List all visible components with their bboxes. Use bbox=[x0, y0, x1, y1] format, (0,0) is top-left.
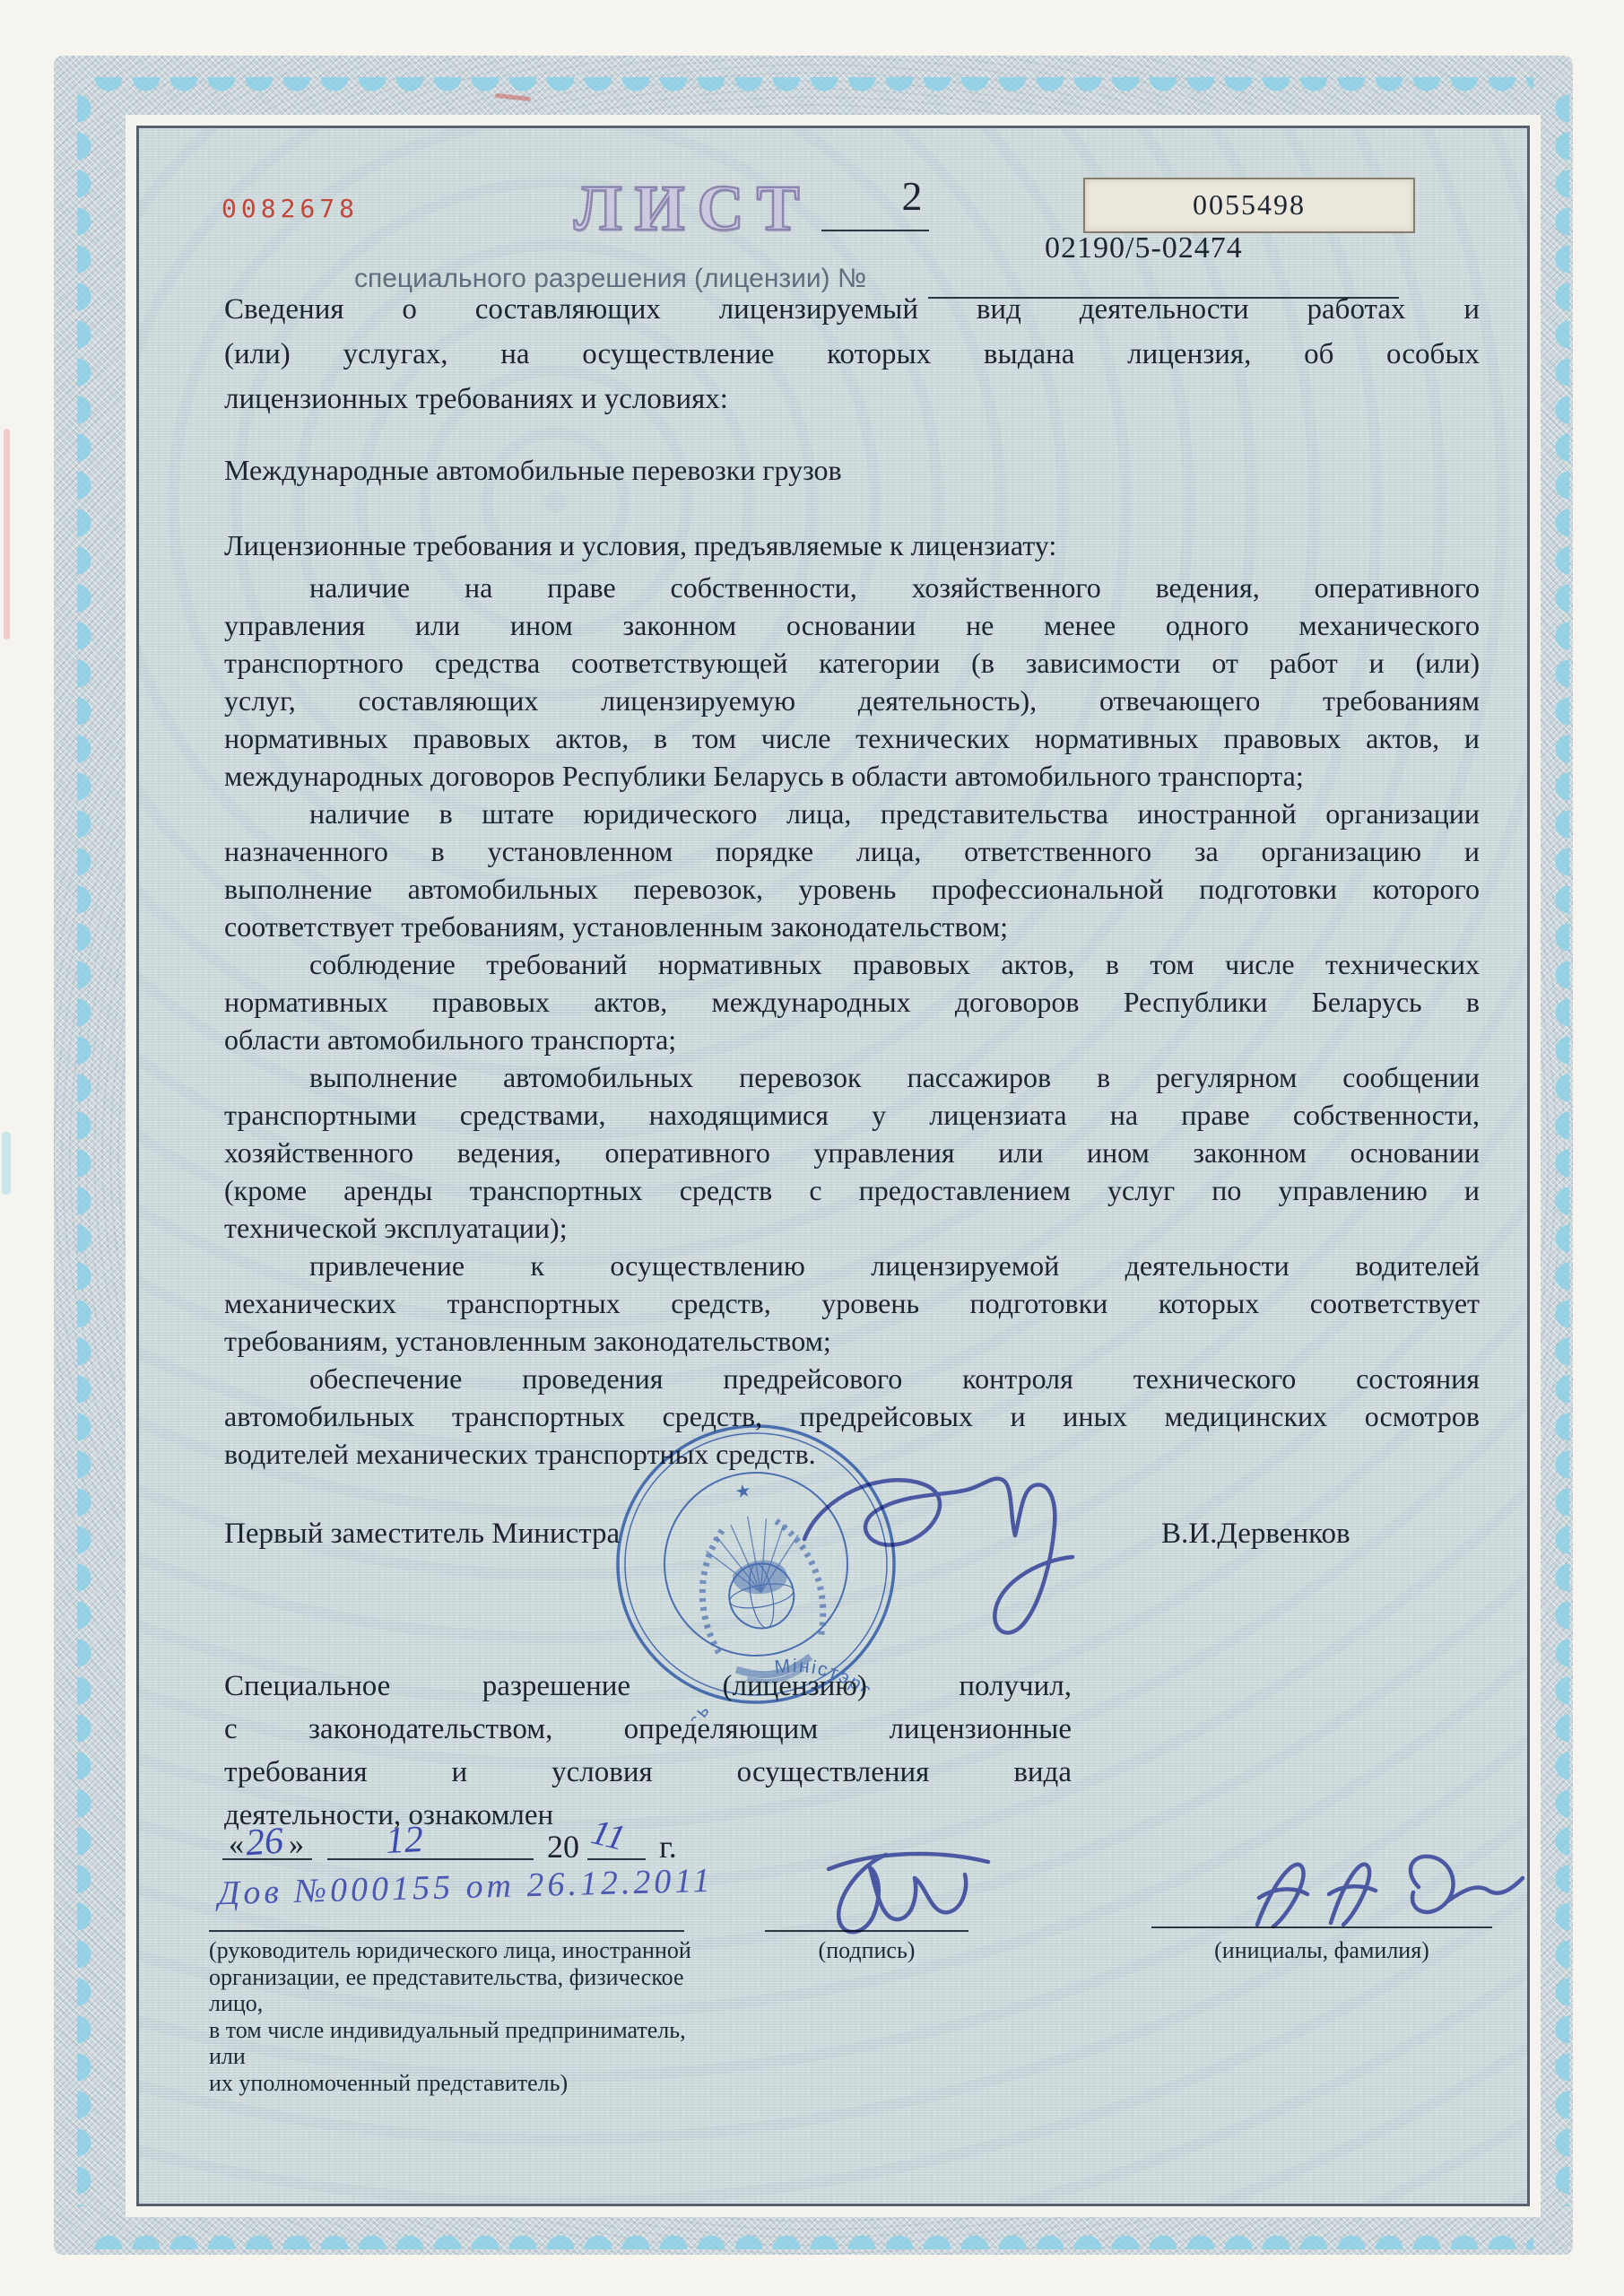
date-quote-open: « bbox=[229, 1828, 244, 1862]
scanned-license-page: { "colors": { "accent_red": "#c2463a", "… bbox=[0, 0, 1624, 2296]
intro-line: Сведения о составляющих лицензируемый ви… bbox=[224, 287, 1480, 332]
blank-number: 0055498 bbox=[1085, 179, 1413, 230]
footnote-line: организации, ее представительства, физич… bbox=[209, 1964, 711, 2017]
sheet-title: ЛИСТ bbox=[574, 176, 812, 240]
received-line: требования и условия осуществления вида bbox=[224, 1751, 1072, 1794]
received-line: Специальное разрешение (лицензию) получи… bbox=[224, 1665, 1072, 1708]
date-quote-close: » bbox=[289, 1828, 304, 1862]
scallop-border-bottom bbox=[90, 2212, 1533, 2249]
received-line: с законодательством, определяющим лиценз… bbox=[224, 1708, 1072, 1751]
scallop-border-top bbox=[90, 77, 1533, 115]
body-line: назначенного в установленном порядке лиц… bbox=[224, 832, 1480, 870]
body-line: механических транспортных средств, урове… bbox=[224, 1284, 1480, 1322]
signer-name: В.И.Дервенков bbox=[1161, 1518, 1350, 1551]
footnote-initials-label: (инициалы, фамилия) bbox=[1151, 1937, 1492, 1964]
date-century: 20 bbox=[547, 1828, 579, 1865]
date-day-underline bbox=[222, 1858, 312, 1860]
body-line: соблюдение требований нормативных правов… bbox=[224, 945, 1480, 983]
date-suffix: г. bbox=[659, 1828, 677, 1865]
license-number: 02190/5-02474 bbox=[1045, 231, 1243, 265]
scallop-border-right bbox=[1535, 90, 1569, 2206]
body-line: международных договоров Республики Белар… bbox=[224, 757, 1480, 795]
received-line: деятельности, ознакомлен bbox=[224, 1794, 1072, 1837]
body-line: (кроме аренды транспортных средств с пре… bbox=[224, 1171, 1480, 1209]
received-paragraph: Специальное разрешение (лицензию) получи… bbox=[224, 1665, 1072, 1837]
footnote-line: (руководитель юридического лица, иностра… bbox=[209, 1937, 711, 1964]
requirement-paragraph-3: соблюдение требований нормативных правов… bbox=[224, 945, 1480, 1058]
body-line: нормативных правовых актов, в том числе … bbox=[224, 719, 1480, 757]
requirements-heading: Лицензионные требования и условия, предъ… bbox=[224, 529, 1056, 562]
body-line: обеспечение проведения предрейсового кон… bbox=[224, 1360, 1480, 1397]
body-line: выполнение автомобильных перевозок пасса… bbox=[224, 1058, 1480, 1096]
footnote-left: (руководитель юридического лица, иностра… bbox=[209, 1937, 711, 2096]
body-line: соответствует требованиям, установленным… bbox=[224, 908, 1480, 945]
scallop-border-left bbox=[77, 90, 115, 2206]
right-signature-rule bbox=[1151, 1926, 1492, 1928]
body-line: наличие на праве собственности, хозяйств… bbox=[224, 569, 1480, 606]
body-line: транспортными средствами, находящимися у… bbox=[224, 1096, 1480, 1134]
body-line: управления или ином законном основании н… bbox=[224, 606, 1480, 644]
footnote-line: их уполномоченный представитель) bbox=[209, 2070, 711, 2097]
blank-number-box: 0055498 bbox=[1083, 178, 1415, 233]
body-line: нормативных правовых актов, международны… bbox=[224, 983, 1480, 1021]
body-line: транспортного средства соответствующей к… bbox=[224, 644, 1480, 682]
svg-text:★: ★ bbox=[734, 1479, 753, 1503]
date-year-underline bbox=[587, 1858, 646, 1860]
footnote-signature-label: (подпись) bbox=[765, 1937, 968, 1964]
body-line: области автомобильного транспорта; bbox=[224, 1021, 1480, 1058]
body-line: технической эксплуатации); bbox=[224, 1209, 1480, 1247]
requirement-paragraph-1: наличие на праве собственности, хозяйств… bbox=[224, 569, 1480, 795]
body-line: выполнение автомобильных перевозок, уров… bbox=[224, 870, 1480, 908]
red-serial-number: 0082678 bbox=[221, 194, 359, 223]
left-signature-rule bbox=[209, 1930, 684, 1932]
licensed-activity: Международные автомобильные перевозки гр… bbox=[224, 454, 842, 487]
sheet-number: 2 bbox=[863, 172, 961, 220]
date-month-handwritten: 12 bbox=[385, 1818, 424, 1863]
body-line: хозяйственного ведения, оперативного упр… bbox=[224, 1134, 1480, 1171]
intro-line: лицензионных требованиях и условиях: bbox=[224, 377, 1480, 422]
body-line: требованиям, установленным законодательс… bbox=[224, 1322, 1480, 1360]
middle-signature-rule bbox=[765, 1930, 968, 1932]
scan-artifact-pink-streak bbox=[4, 429, 10, 639]
body-line: услуг, составляющих лицензируемую деятел… bbox=[224, 682, 1480, 719]
sheet-number-underline bbox=[821, 230, 929, 231]
requirement-paragraph-2: наличие в штате юридического лица, предс… bbox=[224, 795, 1480, 945]
scan-artifact-cyan-mark bbox=[2, 1132, 11, 1195]
intro-paragraph: Сведения о составляющих лицензируемый ви… bbox=[224, 287, 1480, 422]
requirement-paragraph-5: привлечение к осуществлению лицензируемо… bbox=[224, 1247, 1480, 1360]
signer-title: Первый заместитель Министра bbox=[224, 1518, 620, 1551]
body-line: наличие в штате юридического лица, предс… bbox=[224, 795, 1480, 832]
body-line: привлечение к осуществлению лицензируемо… bbox=[224, 1247, 1480, 1284]
intro-line: (или) услугах, на осуществление которых … bbox=[224, 332, 1480, 377]
requirement-paragraph-4: выполнение автомобильных перевозок пасса… bbox=[224, 1058, 1480, 1247]
date-month-underline bbox=[327, 1858, 534, 1860]
footnote-line: в том числе индивидуальный предпринимате… bbox=[209, 2017, 711, 2070]
